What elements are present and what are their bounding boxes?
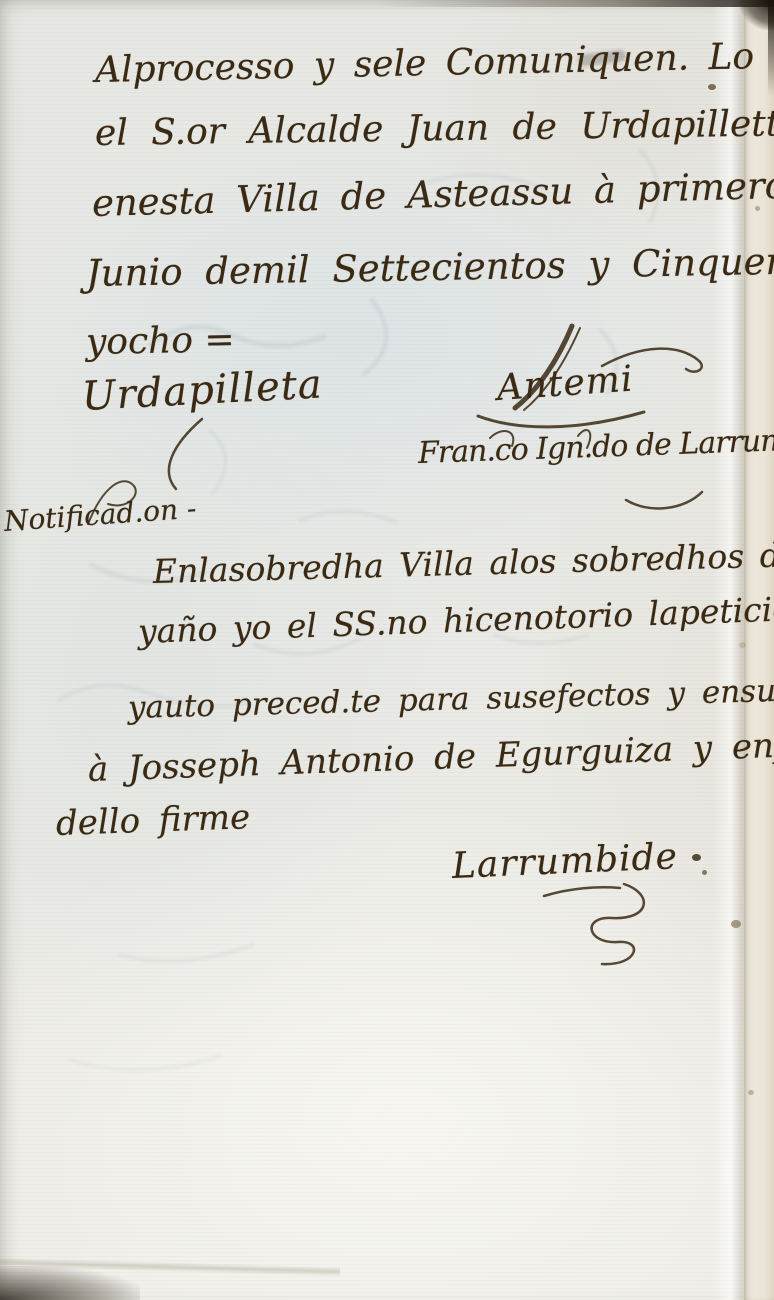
larrumbide-rubric-flourish xyxy=(540,880,690,975)
line-sobredicha-villa: Enlasobredha Villa alos sobredhos diames xyxy=(152,533,774,591)
line-villa: enesta Villa de Asteassu à primero de xyxy=(91,162,774,225)
line-fecha: Junio demil Settecientos y Cinquenta xyxy=(86,239,774,295)
manuscript-page: Alprocesso y sele Comuniquen. Lo mandò e… xyxy=(0,0,774,1300)
foxing-spot xyxy=(731,920,741,928)
line-dello-firme: dello firme xyxy=(55,797,250,844)
urdapilleta-descender-flourish xyxy=(140,415,230,500)
foxing-spot xyxy=(748,1090,754,1095)
binding-shadow-top xyxy=(380,0,774,7)
ante-mi-label: Antemi xyxy=(496,359,635,409)
line-processo: Alprocesso y sele Comuniquen. Lo mandò xyxy=(95,33,774,91)
foxing-spot xyxy=(702,870,707,875)
foxing-spot xyxy=(692,854,701,861)
line-yocho: yocho = xyxy=(86,319,235,363)
line-hice-notorio: yaño yo el SS.no hicenotorio lapetición xyxy=(137,588,774,651)
foxing-spot xyxy=(739,642,746,648)
line-alcalde: el S.or Alcalde Juan de Urdapilletta xyxy=(95,103,774,154)
page-corner-shadow xyxy=(0,1266,140,1300)
line-auto-precedente: yauto preced.te para susefectos y ensupe… xyxy=(128,669,774,726)
signature-urdapilleta: Urdapilleta xyxy=(81,361,324,420)
line-joseph-antonio: à Josseph Antonio de Egurguiza y enfee xyxy=(87,724,774,790)
notary-name-underline-flourish xyxy=(620,470,710,520)
signature-larrumbide: Larrumbide xyxy=(451,836,679,887)
foxing-spot xyxy=(708,84,716,90)
margin-note-notificado: Notificad.on - xyxy=(3,492,198,538)
